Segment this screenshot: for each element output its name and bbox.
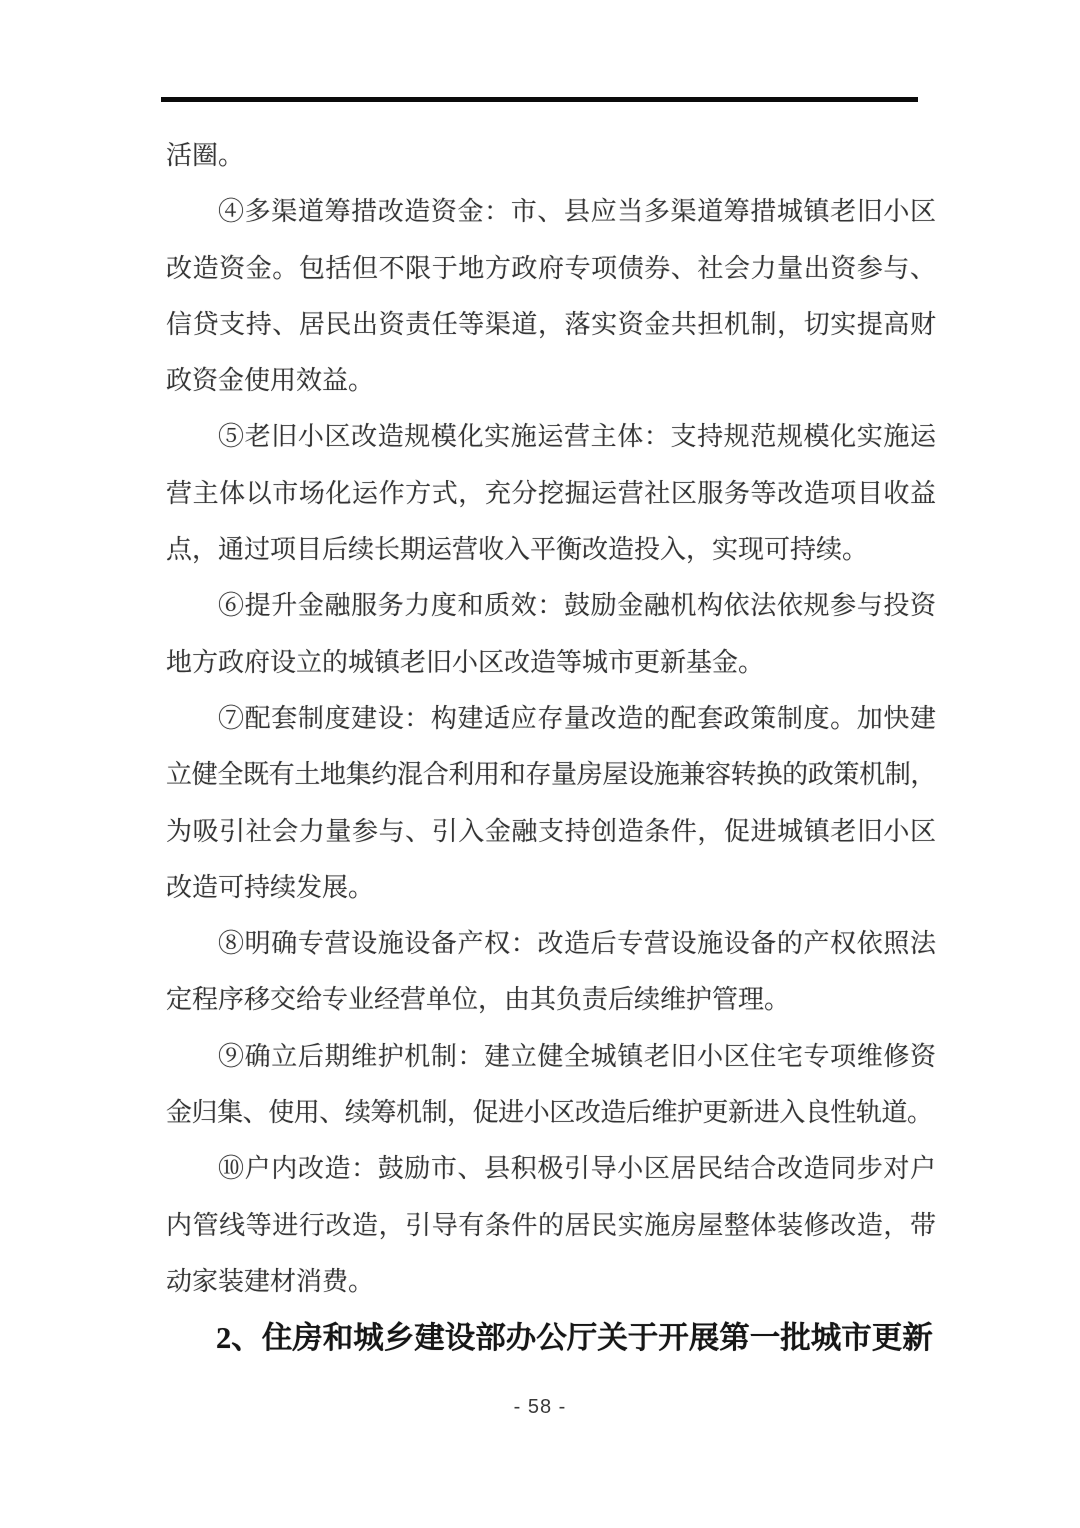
- body-text: 活圈。 ④多渠道筹措改造资金：市、县应当多渠道筹措城镇老旧小区 改造资金。包括但…: [166, 128, 936, 1367]
- text-line-item-5: ⑤老旧小区改造规模化实施运营主体：支持规范规模化实施运: [166, 409, 936, 465]
- page-number: - 58 -: [0, 1396, 1080, 1419]
- section-heading: 2、住房和城乡建设部办公厅关于开展第一批城市更新: [166, 1310, 936, 1366]
- text-line-item-10: ⑩户内改造：鼓励市、县积极引导小区居民结合改造同步对户: [166, 1141, 936, 1197]
- text-line: 内管线等进行改造，引导有条件的居民实施房屋整体装修改造，带: [166, 1198, 936, 1254]
- text-line-item-8: ⑧明确专营设施设备产权：改造后专营设施设备的产权依照法: [166, 916, 936, 972]
- text-line: 活圈。: [166, 128, 936, 184]
- text-line-item-4: ④多渠道筹措改造资金：市、县应当多渠道筹措城镇老旧小区: [166, 184, 936, 240]
- text-line-item-9: ⑨确立后期维护机制：建立健全城镇老旧小区住宅专项维修资: [166, 1029, 936, 1085]
- text-line: 改造可持续发展。: [166, 860, 936, 916]
- text-line: 立健全既有土地集约混合利用和存量房屋设施兼容转换的政策机制，: [166, 747, 936, 803]
- text-line: 动家装建材消费。: [166, 1254, 936, 1310]
- text-line: 地方政府设立的城镇老旧小区改造等城市更新基金。: [166, 635, 936, 691]
- text-line: 信贷支持、居民出资责任等渠道，落实资金共担机制，切实提高财: [166, 297, 936, 353]
- text-line: 定程序移交给专业经营单位，由其负责后续维护管理。: [166, 972, 936, 1028]
- header-rule: [161, 97, 918, 102]
- text-line: 政资金使用效益。: [166, 353, 936, 409]
- text-line: 点，通过项目后续长期运营收入平衡改造投入，实现可持续。: [166, 522, 936, 578]
- text-line-item-6: ⑥提升金融服务力度和质效：鼓励金融机构依法依规参与投资: [166, 578, 936, 634]
- text-line: 营主体以市场化运作方式，充分挖掘运营社区服务等改造项目收益: [166, 466, 936, 522]
- document-page: 活圈。 ④多渠道筹措改造资金：市、县应当多渠道筹措城镇老旧小区 改造资金。包括但…: [0, 0, 1080, 1528]
- text-line: 为吸引社会力量参与、引入金融支持创造条件，促进城镇老旧小区: [166, 804, 936, 860]
- text-line-item-7: ⑦配套制度建设：构建适应存量改造的配套政策制度。加快建: [166, 691, 936, 747]
- text-line: 金归集、使用、续筹机制，促进小区改造后维护更新进入良性轨道。: [166, 1085, 936, 1141]
- text-line: 改造资金。包括但不限于地方政府专项债券、社会力量出资参与、: [166, 241, 936, 297]
